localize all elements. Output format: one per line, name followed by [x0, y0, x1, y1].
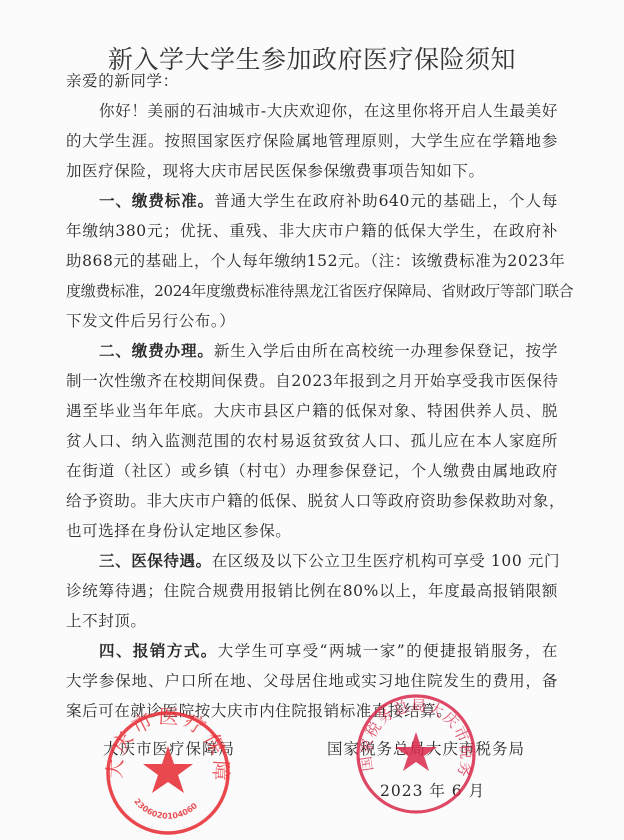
intro-line-1: 你好！美丽的石油城市-大庆欢迎你，在这里你将开启人生最美好: [99, 101, 558, 121]
section-4-line: 案后可在就诊医院按大庆市内住院报销标准直接结算。: [66, 701, 558, 721]
section-3-line: 诊统筹待遇；住院合规费用报销比例在80%以上，年度最高报销限额: [66, 581, 558, 601]
section-2-line: 在街道（社区）或乡镇（村屯）办理参保登记，个人缴费由属地政府: [66, 461, 558, 481]
section-3-text: 在区级及以下公立卫生医疗机构可享受 100 元门: [212, 552, 560, 570]
signature-right: 国家税务总局大庆市税务局: [327, 737, 525, 759]
section-1-text: 普通大学生在政府补助640元的基础上，个人每: [214, 192, 558, 210]
document-page: 新入学大学生参加政府医疗保险须知 亲爱的新同学： 你好！美丽的石油城市-大庆欢迎…: [0, 0, 624, 840]
section-1-line: 度缴费标准，2024年度缴费标准待黑龙江省医疗保障局、省财政厅等部门联合: [66, 281, 558, 301]
section-3-first-line: 三、医保待遇。在区级及以下公立卫生医疗机构可享受 100 元门: [99, 551, 558, 571]
section-4-heading: 四、报销方式。: [99, 641, 218, 660]
section-2-line: 也可选择在身份认定地区参保。: [66, 521, 558, 541]
section-2-line: 遇至毕业当年年底。大庆市县区户籍的低保对象、特困供养人员、脱: [66, 401, 558, 421]
section-4-line: 大学参保地、户口所在地、父母居住地或实习地住院发生的费用，备: [66, 671, 558, 691]
section-2-heading: 二、缴费办理。: [99, 341, 214, 360]
section-4-text: 大学生可享受“两城一家”的便捷报销服务，在: [218, 642, 558, 660]
svg-text:2306020104060: 2306020104060: [132, 797, 199, 821]
section-4-first-line: 四、报销方式。大学生可享受“两城一家”的便捷报销服务，在: [99, 641, 558, 661]
signature-date: 2023 年 6 月: [380, 779, 485, 801]
section-2-line: 贫人口、纳入监测范围的农村易返贫致贫人口、孤儿应在本人家庭所: [66, 431, 558, 451]
section-3-line: 上不封顶。: [66, 611, 558, 631]
section-1-heading: 一、缴费标准。: [99, 191, 214, 210]
intro-line-2: 的大学生涯。按照国家医疗保险属地管理原则，大学生应在学籍地参: [66, 131, 558, 151]
official-stamp-left: 大庆市医疗保障局 2306020104060: [103, 708, 233, 838]
section-1-line: 下发文件后另行公布。）: [66, 311, 558, 331]
section-1-first-line: 一、缴费标准。普通大学生在政府补助640元的基础上，个人每: [99, 191, 558, 211]
section-3-heading: 三、医保待遇。: [99, 551, 212, 570]
section-2-text: 新生入学后由所在高校统一办理参保登记，按学: [214, 342, 558, 360]
intro-line-3: 加医疗保险，现将大庆市居民医保参保缴费事项告知如下。: [66, 161, 558, 181]
greeting: 亲爱的新同学：: [66, 71, 558, 91]
signature-left: 大庆市医疗保障局: [103, 737, 235, 759]
section-2-line: 给予资助。非大庆市户籍的低保、脱贫人口等政府资助参保救助对象，: [66, 491, 558, 511]
section-2-first-line: 二、缴费办理。新生入学后由所在高校统一办理参保登记，按学: [99, 341, 558, 361]
section-1-line: 助868元的基础上，个人每年缴纳152元。（注：该缴费标准为2023年: [66, 251, 558, 271]
section-1-line: 年缴纳380元；优抚、重残、非大庆市户籍的低保大学生，在政府补: [66, 221, 558, 241]
section-2-line: 制一次性缴齐在校期间保费。自2023年报到之月开始享受我市医保待: [66, 371, 558, 391]
